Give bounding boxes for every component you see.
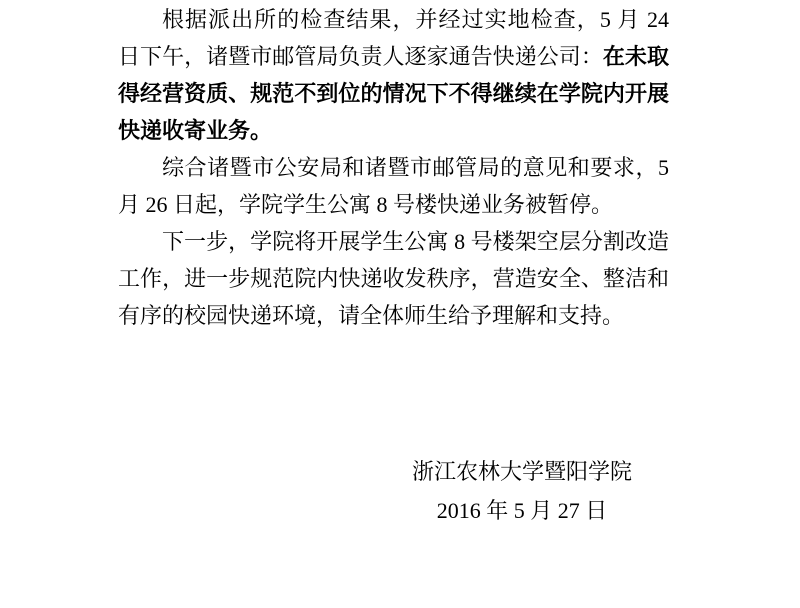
notice-body: 根据派出所的检查结果，并经过实地检查，5 月 24 日下午，诸暨市邮管局负责人逐…	[118, 1, 669, 334]
signature-block: 浙江农林大学暨阳学院 2016 年 5 月 27 日	[382, 452, 662, 530]
paragraph-suspension: 综合诸暨市公安局和诸暨市邮管局的意见和要求，5 月 26 日起，学院学生公寓 8…	[118, 149, 669, 223]
document-page: 根据派出所的检查结果，并经过实地检查，5 月 24 日下午，诸暨市邮管局负责人逐…	[0, 0, 800, 608]
paragraph-text: 综合诸暨市公安局和诸暨市邮管局的意见和要求，5 月 26 日起，学院学生公寓 8…	[118, 155, 669, 217]
paragraph-text: 根据派出所的检查结果，并经过实地检查，5 月 24 日下午，诸暨市邮管局负责人逐…	[118, 7, 669, 69]
paragraph-text: 下一步，学院将开展学生公寓 8 号楼架空层分割改造工作，进一步规范院内快递收发秩…	[118, 229, 669, 328]
signature-date: 2016 年 5 月 27 日	[382, 491, 662, 530]
signature-organization: 浙江农林大学暨阳学院	[382, 452, 662, 491]
paragraph-inspection-result: 根据派出所的检查结果，并经过实地检查，5 月 24 日下午，诸暨市邮管局负责人逐…	[118, 1, 669, 149]
paragraph-next-steps: 下一步，学院将开展学生公寓 8 号楼架空层分割改造工作，进一步规范院内快递收发秩…	[118, 223, 669, 334]
